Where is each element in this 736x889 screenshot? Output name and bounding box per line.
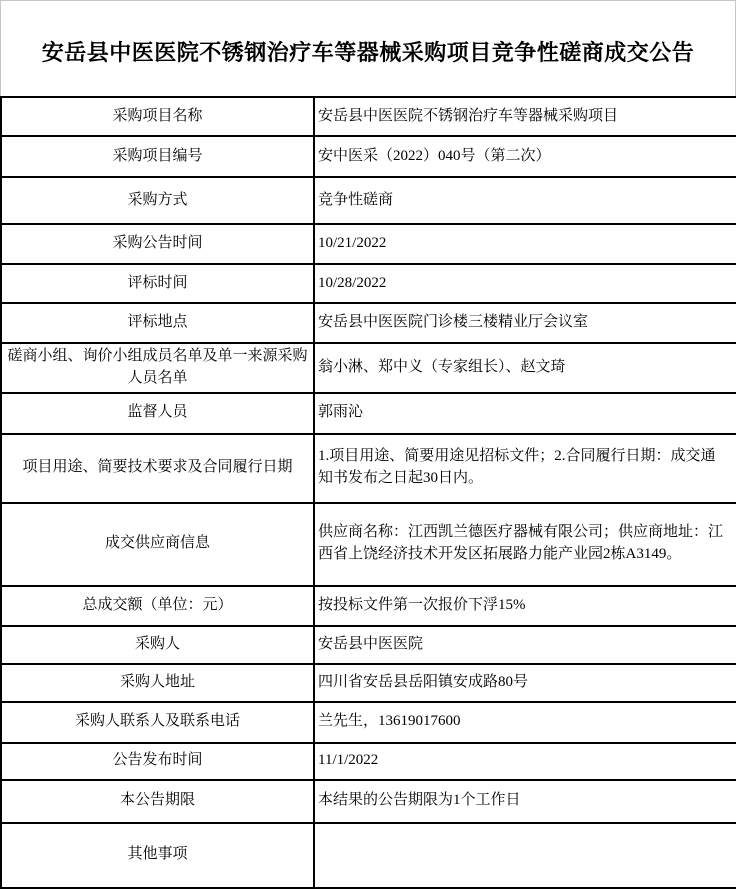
row-label: 本公告期限 — [1, 780, 314, 823]
row-label: 采购人 — [1, 626, 314, 664]
row-value: 竞争性磋商 — [314, 177, 736, 224]
row-label: 磋商小组、询价小组成员名单及单一来源采购人员名单 — [1, 343, 314, 393]
row-label: 其他事项 — [1, 823, 314, 888]
table-row: 采购方式 竞争性磋商 — [1, 177, 736, 224]
table-row: 其他事项 — [1, 823, 736, 888]
row-label: 公告发布时间 — [1, 743, 314, 780]
table-row: 采购人联系人及联系电话 兰先生，13619017600 — [1, 702, 736, 743]
table-row: 监督人员 郭雨沁 — [1, 393, 736, 434]
row-label: 评标时间 — [1, 264, 314, 303]
title-block: 安岳县中医医院不锈钢治疗车等器械采购项目竞争性磋商成交公告 — [0, 0, 736, 96]
table-row: 采购项目名称 安岳县中医医院不锈钢治疗车等器械采购项目 — [1, 97, 736, 136]
row-label: 成交供应商信息 — [1, 503, 314, 586]
row-value: 10/21/2022 — [314, 224, 736, 264]
table-row: 成交供应商信息 供应商名称：江西凯兰德医疗器械有限公司；供应商地址：江西省上饶经… — [1, 503, 736, 586]
table-row: 公告发布时间 11/1/2022 — [1, 743, 736, 780]
table-row: 磋商小组、询价小组成员名单及单一来源采购人员名单 翁小淋、郑中义（专家组长）、赵… — [1, 343, 736, 393]
row-value: 翁小淋、郑中义（专家组长）、赵文琦 — [314, 343, 736, 393]
row-value: 安岳县中医医院门诊楼三楼精业厅会议室 — [314, 303, 736, 343]
row-label: 采购公告时间 — [1, 224, 314, 264]
row-value: 10/28/2022 — [314, 264, 736, 303]
table-row: 采购人 安岳县中医医院 — [1, 626, 736, 664]
row-value: 郭雨沁 — [314, 393, 736, 434]
page-title: 安岳县中医医院不锈钢治疗车等器械采购项目竞争性磋商成交公告 — [42, 30, 695, 67]
row-label: 采购方式 — [1, 177, 314, 224]
row-value: 1.项目用途、简要用途见招标文件；2.合同履行日期：成交通知书发布之日起30日内… — [314, 434, 736, 503]
row-label: 采购项目编号 — [1, 136, 314, 177]
table-row: 总成交额（单位：元） 按投标文件第一次报价下浮15% — [1, 586, 736, 626]
row-value: 11/1/2022 — [314, 743, 736, 780]
table-row: 采购人地址 四川省安岳县岳阳镇安成路80号 — [1, 664, 736, 702]
table-row: 采购项目编号 安中医采（2022）040号（第二次） — [1, 136, 736, 177]
row-value: 四川省安岳县岳阳镇安成路80号 — [314, 664, 736, 702]
table-row: 评标时间 10/28/2022 — [1, 264, 736, 303]
row-value: 安岳县中医医院不锈钢治疗车等器械采购项目 — [314, 97, 736, 136]
table-row: 项目用途、简要技术要求及合同履行日期 1.项目用途、简要用途见招标文件；2.合同… — [1, 434, 736, 503]
row-value — [314, 823, 736, 888]
row-value: 供应商名称：江西凯兰德医疗器械有限公司；供应商地址：江西省上饶经济技术开发区拓展… — [314, 503, 736, 586]
row-label: 评标地点 — [1, 303, 314, 343]
row-value: 按投标文件第一次报价下浮15% — [314, 586, 736, 626]
row-value: 本结果的公告期限为1个工作日 — [314, 780, 736, 823]
announcement-table: 采购项目名称 安岳县中医医院不锈钢治疗车等器械采购项目 采购项目编号 安中医采（… — [0, 96, 736, 889]
announcement-page: 安岳县中医医院不锈钢治疗车等器械采购项目竞争性磋商成交公告 采购项目名称 安岳县… — [0, 0, 736, 879]
table-row: 采购公告时间 10/21/2022 — [1, 224, 736, 264]
row-value: 兰先生，13619017600 — [314, 702, 736, 743]
row-value: 安中医采（2022）040号（第二次） — [314, 136, 736, 177]
row-label: 采购项目名称 — [1, 97, 314, 136]
row-label: 采购人联系人及联系电话 — [1, 702, 314, 743]
row-label: 项目用途、简要技术要求及合同履行日期 — [1, 434, 314, 503]
table-row: 本公告期限 本结果的公告期限为1个工作日 — [1, 780, 736, 823]
table-row: 评标地点 安岳县中医医院门诊楼三楼精业厅会议室 — [1, 303, 736, 343]
row-label: 采购人地址 — [1, 664, 314, 702]
row-label: 总成交额（单位：元） — [1, 586, 314, 626]
row-label: 监督人员 — [1, 393, 314, 434]
row-value: 安岳县中医医院 — [314, 626, 736, 664]
